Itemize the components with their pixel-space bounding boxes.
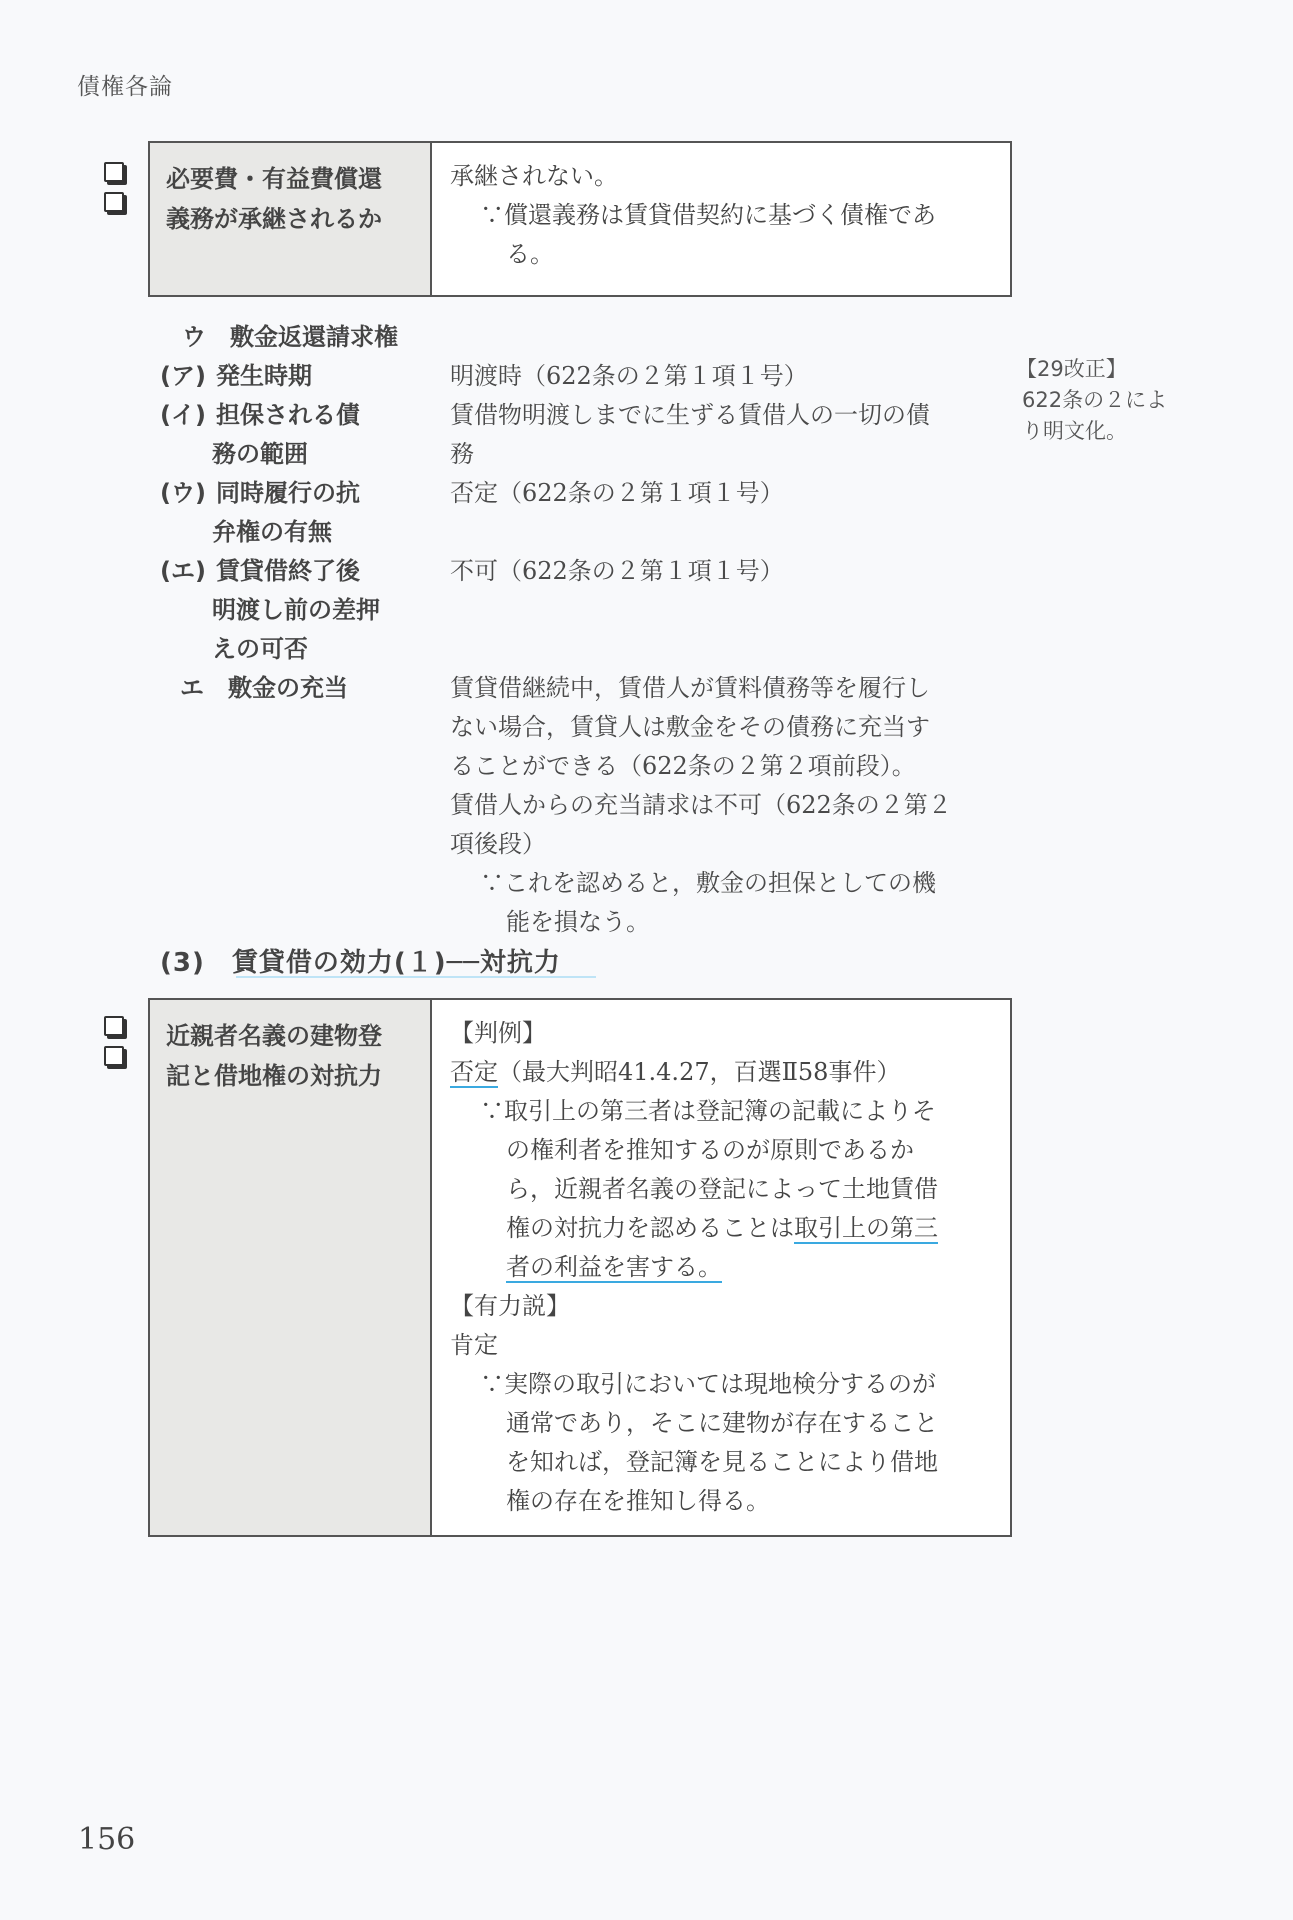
item-label: 賃貸借終了後 <box>216 557 360 585</box>
deposit-item: (イ)担保される債 務の範囲 賃借物明渡しまでに生ずる賃借人の一切の債 務 <box>160 396 1020 474</box>
deposit-application-item: エ 敷金の充当 賃貸借継続中，賃借人が賃料債務等を履行し ない場合，賃貸人は敷金… <box>160 669 1020 942</box>
theory-reason: 権の存在を推知し得る。 <box>450 1482 996 1521</box>
case-reason-highlighted: 取引上の第三 <box>794 1214 938 1244</box>
item-label: 明渡し前の差押 <box>160 591 450 630</box>
case-reason: ら，近親者名義の登記によって土地賃借 <box>450 1170 996 1209</box>
theory-result: 肯定 <box>450 1326 996 1365</box>
margin-note-text: 622条の２によ <box>1022 385 1167 416</box>
item-marker: (イ) <box>160 396 216 435</box>
case-reason: の権利者を推知するのが原則であるか <box>450 1131 996 1170</box>
case-citation: （最大判昭41.4.27，百選Ⅱ58事件） <box>498 1058 900 1086</box>
item-label: エ 敷金の充当 <box>160 669 450 708</box>
section-heading-3: (3) 賃貸借の効力(１)──対抗力 <box>160 942 561 979</box>
case-reason: 権の対抗力を認めることは <box>506 1214 794 1242</box>
case-reason-highlighted: 者の利益を害する。 <box>506 1253 722 1283</box>
section-heading: ウ 敷金返還請求権 <box>160 318 1020 357</box>
item-value: 賃借物明渡しまでに生ずる賃借人の一切の債 <box>450 396 1020 435</box>
item-reason: 能を損なう。 <box>450 903 1020 942</box>
answer-text: 承継されない。 <box>450 157 996 196</box>
item-label: 務の範囲 <box>160 435 450 474</box>
review-checkbox[interactable] <box>104 162 124 182</box>
highlighter-mark <box>236 976 596 978</box>
question-cell: 必要費・有益費償還 義務が承継されるか <box>150 143 432 295</box>
answer-reason: ∵償還義務は賃貸借契約に基づく債権であ <box>450 196 996 235</box>
page-number: 156 <box>78 1822 135 1857</box>
qa-box-registration: 近親者名義の建物登 記と借地権の対抗力 【判例】 否定（最大判昭41.4.27，… <box>148 998 1012 1537</box>
review-checkbox[interactable] <box>104 192 124 212</box>
item-label: 同時履行の抗 <box>216 479 360 507</box>
review-checkboxes <box>104 1016 126 1076</box>
question-text: 必要費・有益費償還 <box>166 159 418 199</box>
item-value: 否定（622条の２第１項１号） <box>450 474 1020 513</box>
question-cell: 近親者名義の建物登 記と借地権の対抗力 <box>150 1000 432 1535</box>
deposit-section: ウ 敷金返還請求権 (ア)発生時期 明渡時（622条の２第１項１号） (イ)担保… <box>160 318 1020 942</box>
question-text: 記と借地権の対抗力 <box>166 1056 418 1096</box>
case-result: 否定 <box>450 1058 498 1088</box>
case-law-tag: 【判例】 <box>450 1014 996 1053</box>
deposit-item: (エ)賃貸借終了後 明渡し前の差押 えの可否 不可（622条の２第１項１号） <box>160 552 1020 669</box>
margin-note-tag: 【29改正】 <box>1016 354 1167 385</box>
item-label: 発生時期 <box>216 362 312 390</box>
item-label: 弁権の有無 <box>160 513 450 552</box>
review-checkbox[interactable] <box>104 1046 124 1066</box>
answer-reason: る。 <box>450 235 996 274</box>
item-value: 賃借人からの充当請求は不可（622条の２第２ <box>450 786 1020 825</box>
item-marker: (ウ) <box>160 474 216 513</box>
case-reason: ∵取引上の第三者は登記簿の記載によりそ <box>450 1092 996 1131</box>
item-reason: ∵これを認めると，敷金の担保としての機 <box>450 864 1020 903</box>
item-label: 担保される債 <box>216 401 360 429</box>
margin-note-text: り明文化。 <box>1022 416 1167 447</box>
item-value: 務 <box>450 435 1020 474</box>
deposit-item: (ウ)同時履行の抗 弁権の有無 否定（622条の２第１項１号） <box>160 474 1020 552</box>
item-value: 賃貸借継続中，賃借人が賃料債務等を履行し <box>450 669 1020 708</box>
theory-tag: 【有力説】 <box>450 1287 996 1326</box>
item-marker: (エ) <box>160 552 216 591</box>
question-text: 義務が承継されるか <box>166 199 418 239</box>
item-value: ることができる（622条の２第２項前段）。 <box>450 747 1020 786</box>
theory-reason: 通常であり，そこに建物が存在すること <box>450 1404 996 1443</box>
item-value: 項後段） <box>450 825 1020 864</box>
item-value: ない場合，賃貸人は敷金をその債務に充当す <box>450 708 1020 747</box>
item-value: 明渡時（622条の２第１項１号） <box>450 357 1020 396</box>
deposit-item: (ア)発生時期 明渡時（622条の２第１項１号） <box>160 357 1020 396</box>
answer-cell: 承継されない。 ∵償還義務は賃貸借契約に基づく債権であ る。 <box>432 143 1010 295</box>
theory-reason: ∵実際の取引においては現地検分するのが <box>450 1365 996 1404</box>
qa-box-reimbursement: 必要費・有益費償還 義務が承継されるか 承継されない。 ∵償還義務は賃貸借契約に… <box>148 141 1012 297</box>
review-checkbox[interactable] <box>104 1016 124 1036</box>
margin-note: 【29改正】 622条の２によ り明文化。 <box>1022 354 1167 447</box>
answer-cell: 【判例】 否定（最大判昭41.4.27，百選Ⅱ58事件） ∵取引上の第三者は登記… <box>432 1000 1010 1535</box>
running-header: 債権各論 <box>77 68 173 101</box>
question-text: 近親者名義の建物登 <box>166 1016 418 1056</box>
item-marker: (ア) <box>160 357 216 396</box>
item-value: 不可（622条の２第１項１号） <box>450 552 1020 591</box>
theory-reason: を知れば，登記簿を見ることにより借地 <box>450 1443 996 1482</box>
review-checkboxes <box>104 162 126 222</box>
item-label: えの可否 <box>160 630 450 669</box>
